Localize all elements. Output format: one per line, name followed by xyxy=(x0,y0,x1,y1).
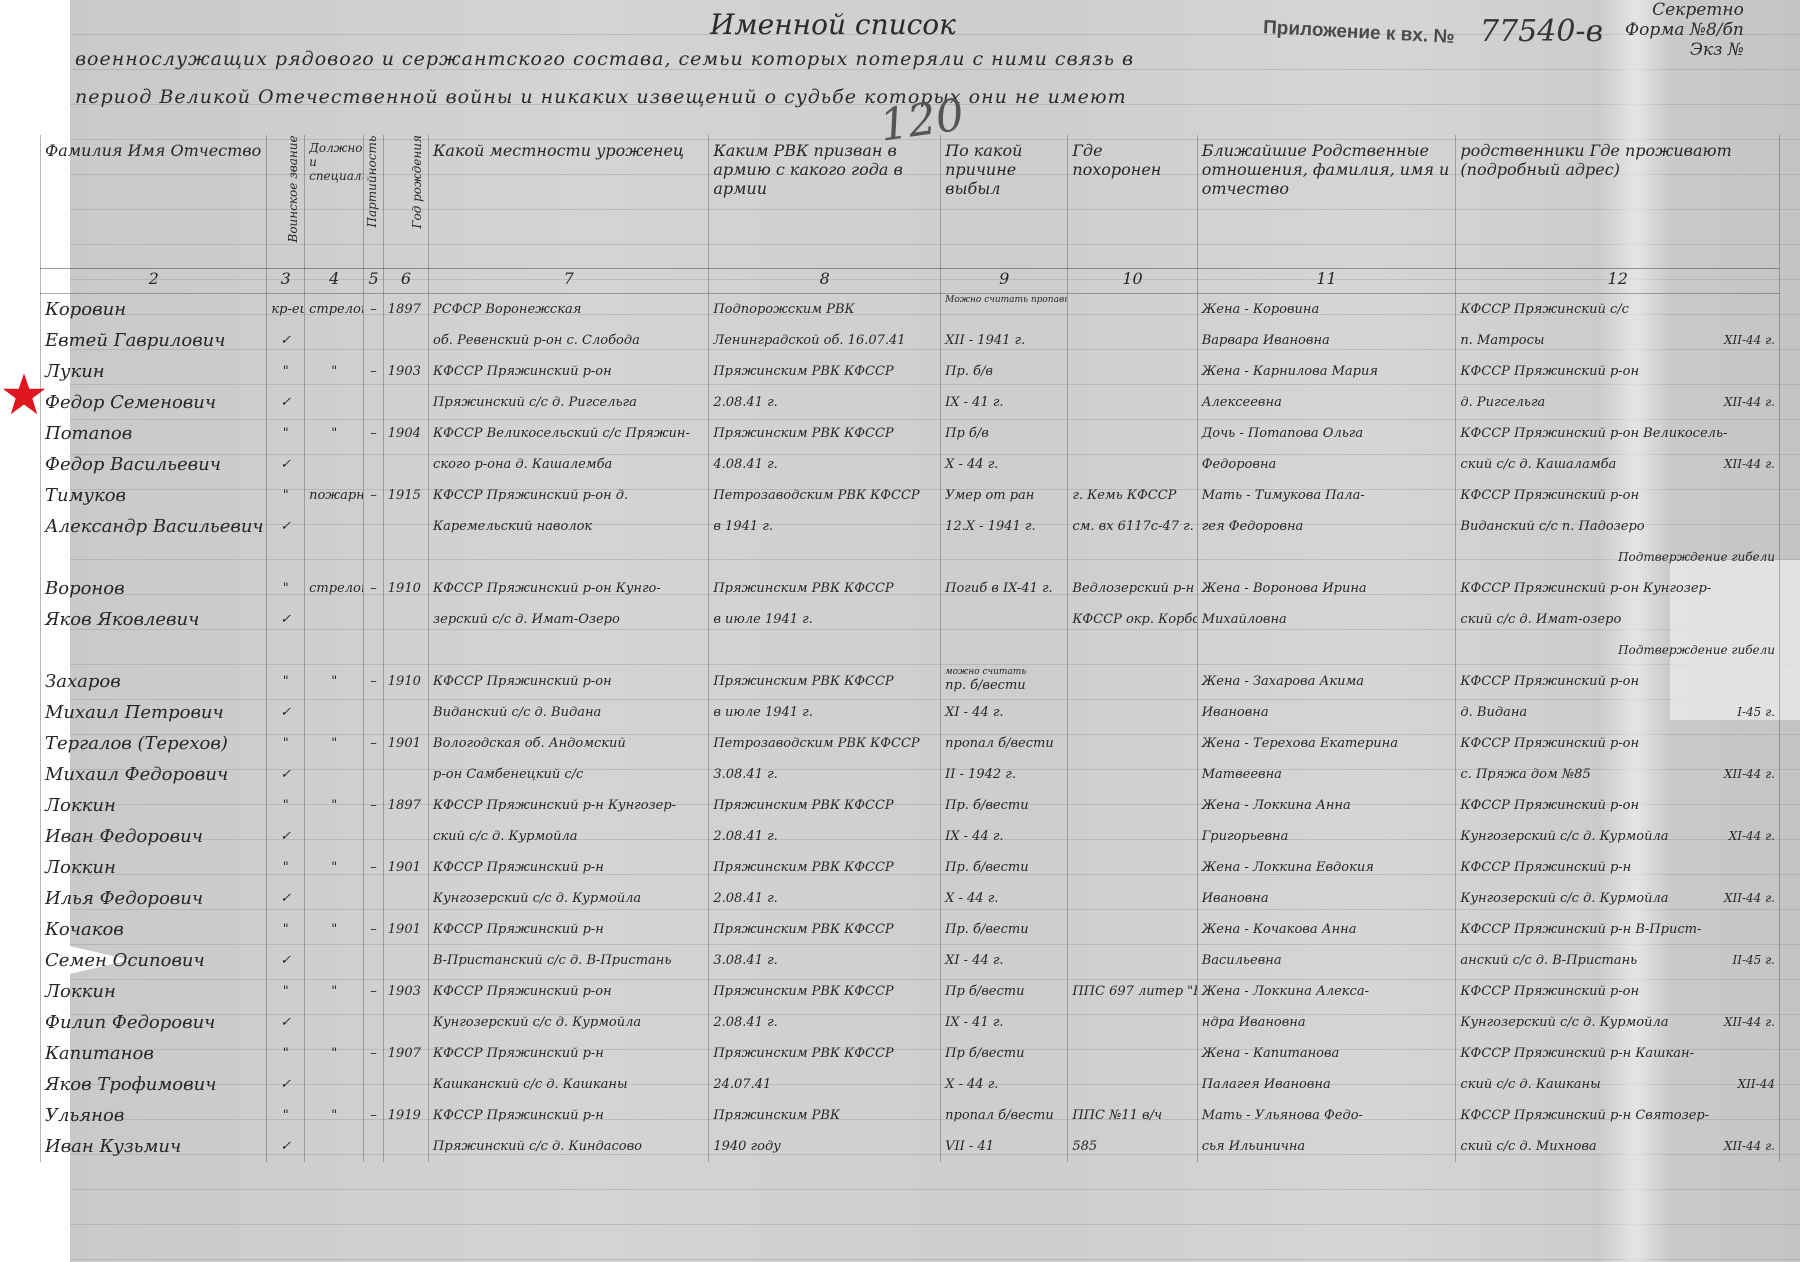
relative-cell: Ивановна xyxy=(1197,883,1456,914)
empty-cell xyxy=(305,759,364,790)
burial-cell xyxy=(1068,821,1197,852)
document-title: Именной список xyxy=(710,8,956,41)
check-mark-icon: ✓ xyxy=(267,1007,305,1038)
burial-cell xyxy=(1068,728,1197,759)
check-mark-icon: ✓ xyxy=(267,604,305,666)
column-number: 12 xyxy=(1456,269,1780,294)
reason-date-cell: XI - 44 г. xyxy=(941,697,1068,728)
burial-cell: ППС 697 литер "В" xyxy=(1068,976,1197,1007)
origin-cell: КФССР Пряжинский р-он д. xyxy=(429,480,709,511)
position-cell: стрелок xyxy=(305,294,364,326)
origin-cell: КФССР Пряжинский р-н xyxy=(429,914,709,945)
check-mark-icon: ✓ xyxy=(267,511,305,573)
header-row: Фамилия Имя ОтчествоВоинское званиеДолжн… xyxy=(41,135,1780,269)
column-header-7: Какой местности уроженец xyxy=(429,135,709,269)
reason-date-cell: 12.X - 1941 г. xyxy=(941,511,1068,573)
empty-cell xyxy=(383,604,428,666)
origin-cell: КФССР Пряжинский р-н xyxy=(429,852,709,883)
address-cell: п. Матросы XII-44 г. xyxy=(1456,325,1780,356)
relative-cell: Жена - Локкина Евдокия xyxy=(1197,852,1456,883)
position-cell: " xyxy=(305,418,364,449)
address-cell: КФССР Пряжинский р-он xyxy=(1456,666,1780,697)
check-mark-icon: ✓ xyxy=(267,759,305,790)
party-cell: – xyxy=(364,852,383,883)
table-row-continued: Яков Трофимович✓Кашканский с/с д. Кашкан… xyxy=(41,1069,1780,1100)
reason-cell: Пр. б/вести xyxy=(941,852,1068,883)
given-name-cell: Федор Семенович xyxy=(41,387,267,418)
soldiers-table: Фамилия Имя ОтчествоВоинское званиеДолжн… xyxy=(40,135,1780,1162)
column-number: 2 xyxy=(41,269,267,294)
conscription-date-cell: 2.08.41 г. xyxy=(709,883,941,914)
address-cell: КФССР Пряжинский р-он xyxy=(1456,480,1780,511)
given-name-cell: Яков Яковлевич xyxy=(41,604,267,666)
origin-cell: РСФСР Воронежская xyxy=(429,294,709,326)
relative-cell: Жена - Карнилова Мария xyxy=(1197,356,1456,387)
given-name-cell: Михаил Федорович xyxy=(41,759,267,790)
table-row-continued: Иван Кузьмич✓Пряжинский с/с д. Киндасово… xyxy=(41,1131,1780,1162)
table-row-continued: Иван Федорович✓ский с/с д. Курмойла2.08.… xyxy=(41,821,1780,852)
address-cell: Кунгозерский с/с д. Курмойла XII-44 г. xyxy=(1456,883,1780,914)
surname-cell: Тергалов (Терехов) xyxy=(41,728,267,759)
column-number: 9 xyxy=(941,269,1068,294)
origin-cell: зерский с/с д. Имат-Озеро xyxy=(429,604,709,666)
burial-cell: 585 xyxy=(1068,1131,1197,1162)
copy-number: Экз № xyxy=(1625,40,1744,60)
origin-cell: ский с/с д. Курмойла xyxy=(429,821,709,852)
surname-cell: Потапов xyxy=(41,418,267,449)
empty-cell xyxy=(364,1069,383,1100)
reason-cell: Можно считать пропавшим б/в xyxy=(941,294,1068,326)
table-row: Ульянов""–1919КФССР Пряжинский р-нПряжин… xyxy=(41,1100,1780,1131)
table-row-continued: Михаил Петрович✓Виданский с/с д. Виданав… xyxy=(41,697,1780,728)
table-row: Локкин""–1903КФССР Пряжинский р-онПряжин… xyxy=(41,976,1780,1007)
address-cell: Кунгозерский с/с д. Курмойла XII-44 г. xyxy=(1456,1007,1780,1038)
burial-cell xyxy=(1068,945,1197,976)
check-mark-icon: ✓ xyxy=(267,1131,305,1162)
relative-cell: Михайловна xyxy=(1197,604,1456,666)
column-header-2: Фамилия Имя Отчество xyxy=(41,135,267,269)
check-mark-icon: ✓ xyxy=(267,821,305,852)
empty-cell xyxy=(383,1131,428,1162)
party-cell: – xyxy=(364,914,383,945)
birth-year-cell: 1897 xyxy=(383,294,428,326)
reason-cell: можно считатьпр. б/вести xyxy=(941,666,1068,697)
conscription-date-cell: Ленинградской об. 16.07.41 xyxy=(709,325,941,356)
red-star-icon xyxy=(2,372,46,416)
address-cell: ский с/с д. Кашаламба XII-44 г. xyxy=(1456,449,1780,480)
margin-note: XII-44 г. xyxy=(1724,1131,1775,1162)
birth-year-cell: 1910 xyxy=(383,573,428,604)
burial-cell xyxy=(1068,325,1197,356)
address-cell: КФССР Пряжинский р-н В-Прист- xyxy=(1456,914,1780,945)
empty-cell xyxy=(383,821,428,852)
empty-cell xyxy=(383,697,428,728)
conscription-cell: Пряжинским РВК КФССР xyxy=(709,852,941,883)
table-row: Тимуков"пожарник–1915КФССР Пряжинский р-… xyxy=(41,480,1780,511)
column-number: 6 xyxy=(383,269,428,294)
empty-cell xyxy=(305,883,364,914)
given-name-cell: Михаил Петрович xyxy=(41,697,267,728)
conscription-date-cell: в 1941 г. xyxy=(709,511,941,573)
rank-cell: " xyxy=(267,728,305,759)
position-cell: стрелок xyxy=(305,573,364,604)
table-row-continued: Филип Федорович✓Кунгозерский с/с д. Курм… xyxy=(41,1007,1780,1038)
relative-cell: Жена - Захарова Акима xyxy=(1197,666,1456,697)
position-cell: " xyxy=(305,1100,364,1131)
birth-year-cell: 1907 xyxy=(383,1038,428,1069)
relative-cell: Жена - Воронова Ирина xyxy=(1197,573,1456,604)
address-cell: КФССР Пряжинский р-он xyxy=(1456,790,1780,821)
empty-cell xyxy=(305,821,364,852)
column-header-6: Год рождения xyxy=(383,135,428,269)
reason-cell: Погиб в IX-41 г. xyxy=(941,573,1068,604)
table-row-continued: Михаил Федорович✓р-он Самбенецкий с/с3.0… xyxy=(41,759,1780,790)
empty-cell xyxy=(383,325,428,356)
origin-cell: КФССР Пряжинский р-н xyxy=(429,1038,709,1069)
address-cell: КФССР Пряжинский р-он xyxy=(1456,356,1780,387)
burial-cell xyxy=(1068,1038,1197,1069)
column-number: 10 xyxy=(1068,269,1197,294)
burial-cell xyxy=(1068,666,1197,697)
conscription-date-cell: 3.08.41 г. xyxy=(709,759,941,790)
empty-cell xyxy=(364,821,383,852)
burial-cell xyxy=(1068,852,1197,883)
reason-date-cell: VII - 41 xyxy=(941,1131,1068,1162)
address-cell: анский с/с д. В-Пристань II-45 г. xyxy=(1456,945,1780,976)
origin-cell: Кашканский с/с д. Кашканы xyxy=(429,1069,709,1100)
check-mark-icon: ✓ xyxy=(267,945,305,976)
conscription-date-cell: 24.07.41 xyxy=(709,1069,941,1100)
burial-cell: Ведлозерский р-н xyxy=(1068,573,1197,604)
birth-year-cell: 1901 xyxy=(383,914,428,945)
column-number: 5 xyxy=(364,269,383,294)
relative-cell: Жена - Коровина xyxy=(1197,294,1456,326)
conscription-cell: Пряжинским РВК КФССР xyxy=(709,914,941,945)
conscription-date-cell: 2.08.41 г. xyxy=(709,1007,941,1038)
table-row: Капитанов""–1907КФССР Пряжинский р-нПряж… xyxy=(41,1038,1780,1069)
relative-cell: Васильевна xyxy=(1197,945,1456,976)
burial-cell: ППС №11 в/ч xyxy=(1068,1100,1197,1131)
column-header-3: Воинское звание xyxy=(267,135,305,269)
relative-cell: Федоровна xyxy=(1197,449,1456,480)
address-cell: с. Пряжа дом №85 XII-44 г. xyxy=(1456,759,1780,790)
form-number: Форма №8/бп xyxy=(1625,20,1744,40)
conscription-cell: Петрозаводским РВК КФССР xyxy=(709,728,941,759)
conscription-cell: Подпорожским РВК xyxy=(709,294,941,326)
address-cell: КФССР Пряжинский р-н Кашкан- xyxy=(1456,1038,1780,1069)
burial-cell xyxy=(1068,356,1197,387)
position-cell: " xyxy=(305,356,364,387)
rank-cell: " xyxy=(267,1100,305,1131)
table-row-continued: Илья Федорович✓Кунгозерский с/с д. Курмо… xyxy=(41,883,1780,914)
reason-cell: пропал б/вести xyxy=(941,1100,1068,1131)
rank-cell: " xyxy=(267,573,305,604)
conscription-date-cell: 4.08.41 г. xyxy=(709,449,941,480)
given-name-cell: Яков Трофимович xyxy=(41,1069,267,1100)
column-number: 8 xyxy=(709,269,941,294)
conscription-cell: Петрозаводским РВК КФССР xyxy=(709,480,941,511)
reason-date-cell: X - 44 г. xyxy=(941,1069,1068,1100)
margin-note: I-45 г. xyxy=(1737,697,1775,728)
table-row: Захаров""–1910КФССР Пряжинский р-онПряжи… xyxy=(41,666,1780,697)
margin-note: XII-44 xyxy=(1738,1069,1775,1100)
check-mark-icon: ✓ xyxy=(267,449,305,480)
relative-cell: сья Ильинична xyxy=(1197,1131,1456,1162)
address-cell: КФССР Пряжинский р-он Кунгозер- xyxy=(1456,573,1780,604)
party-cell: – xyxy=(364,480,383,511)
origin-cell: Пряжинский с/с д. Киндасово xyxy=(429,1131,709,1162)
empty-cell xyxy=(383,945,428,976)
rank-cell: " xyxy=(267,914,305,945)
reason-date-cell: IX - 44 г. xyxy=(941,821,1068,852)
empty-cell xyxy=(383,511,428,573)
table-row-continued: Семен Осипович✓В-Пристанский с/с д. В-Пр… xyxy=(41,945,1780,976)
table-row-continued: Яков Яковлевич✓зерский с/с д. Имат-Озеро… xyxy=(41,604,1780,666)
conscription-date-cell: 2.08.41 г. xyxy=(709,821,941,852)
position-cell: " xyxy=(305,976,364,1007)
reason-cell: Умер от ран xyxy=(941,480,1068,511)
check-mark-icon: ✓ xyxy=(267,697,305,728)
origin-cell: КФССР Пряжинский р-н xyxy=(429,1100,709,1131)
origin-cell: об. Ревенский р-он с. Слобода xyxy=(429,325,709,356)
table-row: Кочаков""–1901КФССР Пряжинский р-нПряжин… xyxy=(41,914,1780,945)
empty-cell xyxy=(364,883,383,914)
margin-note: Подтверждение гибели xyxy=(1618,635,1775,666)
empty-cell xyxy=(364,511,383,573)
address-cell: ский с/с д. Михнова XII-44 г. xyxy=(1456,1131,1780,1162)
column-header-10: Где похоронен xyxy=(1068,135,1197,269)
rank-cell: " xyxy=(267,790,305,821)
column-number: 3 xyxy=(267,269,305,294)
position-cell: пожарник xyxy=(305,480,364,511)
party-cell: – xyxy=(364,976,383,1007)
empty-cell xyxy=(383,1069,428,1100)
origin-cell: Кунгозерский с/с д. Курмойла xyxy=(429,1007,709,1038)
address-cell: Виданский с/с п. Падозеро Подтверждение … xyxy=(1456,511,1780,573)
burial-cell: см. вх 6117с-47 г. xyxy=(1068,511,1197,573)
birth-year-cell: 1903 xyxy=(383,356,428,387)
given-name-cell: Филип Федорович xyxy=(41,1007,267,1038)
rank-cell: кр-ец xyxy=(267,294,305,326)
column-header-4: Должность и специальность xyxy=(305,135,364,269)
relative-cell: Матвеевна xyxy=(1197,759,1456,790)
birth-year-cell: 1910 xyxy=(383,666,428,697)
position-cell: " xyxy=(305,914,364,945)
given-name-cell: Иван Федорович xyxy=(41,821,267,852)
birth-year-cell: 1897 xyxy=(383,790,428,821)
origin-cell: Виданский с/с д. Видана xyxy=(429,697,709,728)
reason-cell: пропал б/вести xyxy=(941,728,1068,759)
party-cell: – xyxy=(364,1100,383,1131)
address-cell: КФССР Пряжинский р-н xyxy=(1456,852,1780,883)
relative-cell: Жена - Локкина Анна xyxy=(1197,790,1456,821)
empty-cell xyxy=(305,511,364,573)
birth-year-cell: 1903 xyxy=(383,976,428,1007)
surname-cell: Ульянов xyxy=(41,1100,267,1131)
conscription-cell: Пряжинским РВК КФССР xyxy=(709,790,941,821)
conscription-cell: Пряжинским РВК КФССР xyxy=(709,1038,941,1069)
margin-note: XII-44 г. xyxy=(1724,883,1775,914)
surname-cell: Воронов xyxy=(41,573,267,604)
party-cell: – xyxy=(364,356,383,387)
reason-date-cell: IX - 41 г. xyxy=(941,387,1068,418)
birth-year-cell: 1904 xyxy=(383,418,428,449)
conscription-cell: Пряжинским РВК КФССР xyxy=(709,418,941,449)
empty-cell xyxy=(364,325,383,356)
empty-cell xyxy=(364,1131,383,1162)
reason-date-cell: XI - 44 г. xyxy=(941,945,1068,976)
party-cell: – xyxy=(364,666,383,697)
relative-cell: Жена - Терехова Екатерина xyxy=(1197,728,1456,759)
reason-date-cell xyxy=(941,604,1068,666)
relative-cell: Варвара Ивановна xyxy=(1197,325,1456,356)
burial-cell xyxy=(1068,1069,1197,1100)
relative-cell: Жена - Капитанова xyxy=(1197,1038,1456,1069)
table-row-continued: Федор Васильевич✓ского р-она д. Кашалемб… xyxy=(41,449,1780,480)
rank-cell: " xyxy=(267,480,305,511)
origin-cell: Каремельский наволок xyxy=(429,511,709,573)
reason-cell: Пр. б/в xyxy=(941,356,1068,387)
surname-cell: Локкин xyxy=(41,976,267,1007)
burial-cell: КФССР окр. Корбозеро xyxy=(1068,604,1197,666)
rank-cell: " xyxy=(267,976,305,1007)
birth-year-cell: 1919 xyxy=(383,1100,428,1131)
party-cell: – xyxy=(364,728,383,759)
reason-date-cell: II - 1942 г. xyxy=(941,759,1068,790)
address-cell: д. Видана I-45 г. xyxy=(1456,697,1780,728)
table-row: Тергалов (Терехов)""–1901Вологодская об.… xyxy=(41,728,1780,759)
empty-cell xyxy=(383,449,428,480)
origin-cell: ского р-она д. Кашалемба xyxy=(429,449,709,480)
origin-cell: Кунгозерский с/с д. Курмойла xyxy=(429,883,709,914)
burial-cell xyxy=(1068,387,1197,418)
check-mark-icon: ✓ xyxy=(267,1069,305,1100)
origin-cell: Пряжинский с/с д. Ригсельга xyxy=(429,387,709,418)
reason-date-cell: XII - 1941 г. xyxy=(941,325,1068,356)
reason-cell: Пр б/в xyxy=(941,418,1068,449)
burial-cell: г. Кемь КФССР xyxy=(1068,480,1197,511)
check-mark-icon: ✓ xyxy=(267,387,305,418)
incoming-number: 77540-в xyxy=(1480,14,1603,49)
origin-cell: КФССР Пряжинский р-он Кунго- xyxy=(429,573,709,604)
conscription-cell: Пряжинским РВК КФССР xyxy=(709,356,941,387)
relative-cell: Мать - Тимукова Пала- xyxy=(1197,480,1456,511)
secret-label: Секретно xyxy=(1625,0,1744,20)
surname-cell: Тимуков xyxy=(41,480,267,511)
margin-note: XII-44 г. xyxy=(1724,325,1775,356)
table-row: Лукин""–1903КФССР Пряжинский р-онПряжинс… xyxy=(41,356,1780,387)
empty-cell xyxy=(305,1007,364,1038)
surname-cell: Локкин xyxy=(41,790,267,821)
secrecy-note: Секретно Форма №8/бп Экз № xyxy=(1625,0,1744,60)
conscription-cell: Пряжинским РВК КФССР xyxy=(709,976,941,1007)
relative-cell: Григорьевна xyxy=(1197,821,1456,852)
margin-note: XII-44 г. xyxy=(1724,1007,1775,1038)
margin-note: XI-44 г. xyxy=(1729,821,1775,852)
given-name-cell: Евтей Гаврилович xyxy=(41,325,267,356)
empty-cell xyxy=(383,1007,428,1038)
birth-year-cell: 1915 xyxy=(383,480,428,511)
relative-cell: Дочь - Потапова Ольга xyxy=(1197,418,1456,449)
rank-cell: " xyxy=(267,1038,305,1069)
surname-cell: Капитанов xyxy=(41,1038,267,1069)
rank-cell: " xyxy=(267,666,305,697)
address-cell: КФССР Пряжинский р-он xyxy=(1456,976,1780,1007)
table-row: Локкин""–1901КФССР Пряжинский р-нПряжинс… xyxy=(41,852,1780,883)
relative-cell: Жена - Кочакова Анна xyxy=(1197,914,1456,945)
empty-cell xyxy=(364,759,383,790)
table-row: Потапов""–1904КФССР Великосельский с/с П… xyxy=(41,418,1780,449)
relative-cell: гея Федоровна xyxy=(1197,511,1456,573)
column-number: 7 xyxy=(429,269,709,294)
address-cell: КФССР Пряжинский с/с xyxy=(1456,294,1780,326)
address-cell: КФССР Пряжинский р-он Великосель- xyxy=(1456,418,1780,449)
margin-note: XII-44 г. xyxy=(1724,387,1775,418)
empty-cell xyxy=(383,387,428,418)
given-name-cell: Семен Осипович xyxy=(41,945,267,976)
table-row-continued: Федор Семенович✓Пряжинский с/с д. Ригсел… xyxy=(41,387,1780,418)
address-cell: ский с/с д. Имат-озеро Подтверждение гиб… xyxy=(1456,604,1780,666)
empty-cell xyxy=(305,325,364,356)
given-name-cell: Александр Васильевич xyxy=(41,511,267,573)
conscription-date-cell: в июле 1941 г. xyxy=(709,604,941,666)
column-header-8: Каким РВК призван в армию с какого года … xyxy=(709,135,941,269)
conscription-date-cell: 1940 году xyxy=(709,1131,941,1162)
table-row-continued: Евтей Гаврилович✓об. Ревенский р-он с. С… xyxy=(41,325,1780,356)
margin-note: Подтверждение гибели xyxy=(1618,542,1775,573)
reason-cell: Пр б/вести xyxy=(941,976,1068,1007)
empty-cell xyxy=(305,449,364,480)
burial-cell xyxy=(1068,418,1197,449)
empty-cell xyxy=(364,697,383,728)
burial-cell xyxy=(1068,883,1197,914)
given-name-cell: Федор Васильевич xyxy=(41,449,267,480)
reason-text: пр. б/вести xyxy=(945,679,1063,692)
column-number: 11 xyxy=(1197,269,1456,294)
address-cell: ский с/с д. Кашканы XII-44 xyxy=(1456,1069,1780,1100)
rank-cell: " xyxy=(267,852,305,883)
relative-cell: Палагея Ивановна xyxy=(1197,1069,1456,1100)
margin-note: XII-44 г. xyxy=(1724,449,1775,480)
empty-cell xyxy=(305,604,364,666)
position-cell: " xyxy=(305,790,364,821)
empty-cell xyxy=(364,945,383,976)
origin-cell: КФССР Пряжинский р-н Кунгозер- xyxy=(429,790,709,821)
intro-line-2: период Великой Отечественной войны и ник… xyxy=(75,86,1127,108)
position-cell: " xyxy=(305,728,364,759)
table-row-continued: Александр Васильевич✓Каремельский наволо… xyxy=(41,511,1780,573)
conscription-date-cell: 3.08.41 г. xyxy=(709,945,941,976)
birth-year-cell: 1901 xyxy=(383,852,428,883)
reason-cell: Пр. б/вести xyxy=(941,914,1068,945)
burial-cell xyxy=(1068,697,1197,728)
position-cell: " xyxy=(305,666,364,697)
relative-cell: Алексеевна xyxy=(1197,387,1456,418)
burial-cell xyxy=(1068,449,1197,480)
reason-cell: Пр. б/вести xyxy=(941,790,1068,821)
relative-cell: Ивановна xyxy=(1197,697,1456,728)
reason-cell: Пр б/вести xyxy=(941,1038,1068,1069)
burial-cell xyxy=(1068,914,1197,945)
check-mark-icon: ✓ xyxy=(267,883,305,914)
table-row: Локкин""–1897КФССР Пряжинский р-н Кунгоз… xyxy=(41,790,1780,821)
empty-cell xyxy=(305,387,364,418)
relative-cell: ндра Ивановна xyxy=(1197,1007,1456,1038)
origin-cell: р-он Самбенецкий с/с xyxy=(429,759,709,790)
margin-note: II-45 г. xyxy=(1733,945,1776,976)
address-cell: КФССР Пряжинский р-н Святозер- xyxy=(1456,1100,1780,1131)
origin-cell: КФССР Пряжинский р-он xyxy=(429,666,709,697)
